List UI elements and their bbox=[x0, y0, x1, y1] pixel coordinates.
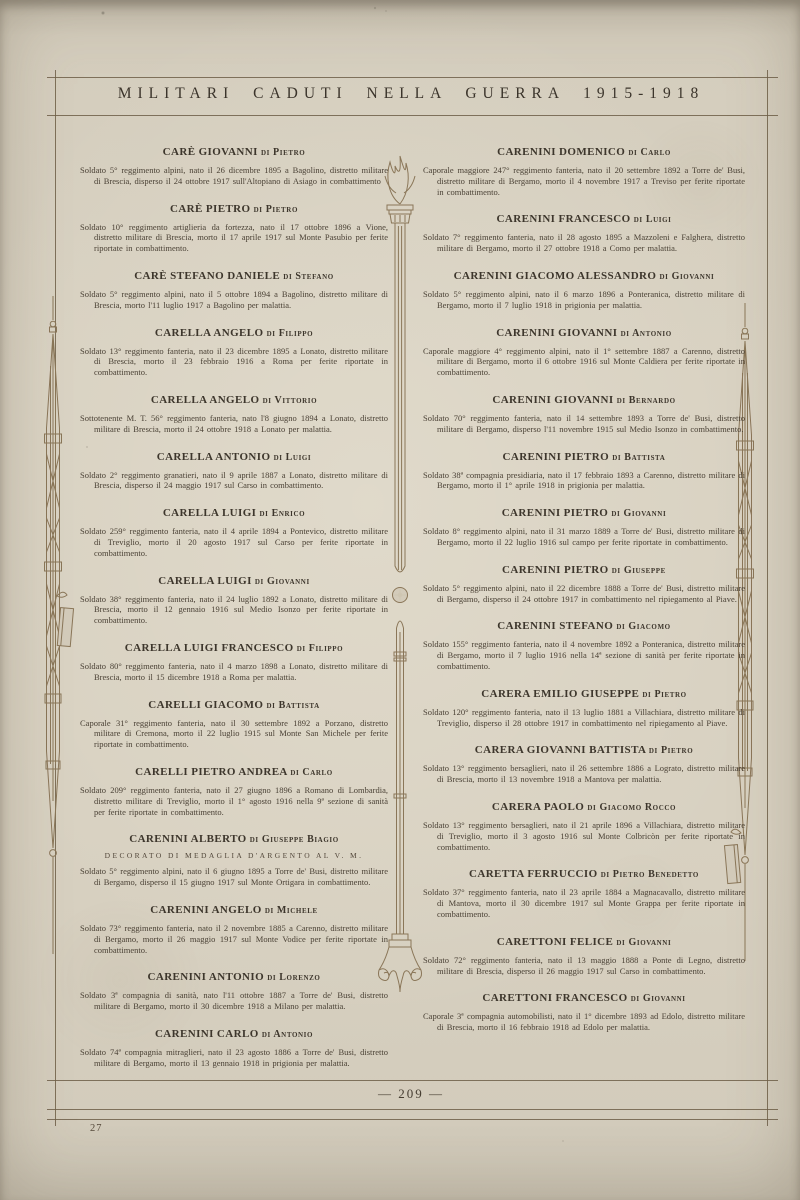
service-record: Soldato 209° reggimento fanteria, nato i… bbox=[80, 785, 388, 817]
service-record: Soldato 13° reggimento bersaglieri, nato… bbox=[423, 763, 745, 785]
patronymic: di Luigi bbox=[634, 214, 672, 225]
memorial-entry: CARENINI STEFANO di Giacomo Soldato 155°… bbox=[423, 620, 745, 671]
soldier-name: CARENINI PIETRO bbox=[502, 507, 609, 519]
soldier-name: CARELLA LUIGI bbox=[158, 575, 252, 587]
soldier-name: CARELLA ANGELO bbox=[155, 327, 264, 339]
service-record: Soldato 74ª compagnia mitraglieri, nato … bbox=[80, 1047, 388, 1069]
patronymic: di Antonio bbox=[262, 1029, 313, 1040]
patronymic: di Giovanni bbox=[660, 271, 715, 282]
patronymic: di Giovanni bbox=[631, 993, 686, 1004]
patronymic: di Giacomo Rocco bbox=[587, 802, 676, 813]
soldier-name: CARENINI GIOVANNI bbox=[496, 327, 617, 339]
soldier-name: CARELLA ANGELO bbox=[151, 394, 260, 406]
corner-sheet-number: 27 bbox=[90, 1123, 103, 1134]
frame-border-bottom bbox=[47, 1119, 778, 1120]
patronymic: di Stefano bbox=[283, 271, 334, 282]
memorial-entry: CARELLA LUIGI FRANCESCO di Filippo Solda… bbox=[80, 642, 388, 683]
memorial-entry: CARELLA ANTONIO di Luigi Soldato 2° regg… bbox=[80, 451, 388, 492]
entry-heading: CARERA PAOLO di Giacomo Rocco bbox=[423, 801, 745, 814]
entry-heading: CARENINI PIETRO di Battista bbox=[423, 451, 745, 464]
entry-heading: CARENINI PIETRO di Giuseppe bbox=[423, 564, 745, 577]
service-record: Soldato 3ª compagnia di sanità, nato l'1… bbox=[80, 990, 388, 1012]
memorial-entry: CARENINI GIOVANNI di Bernardo Soldato 70… bbox=[423, 394, 745, 435]
service-record: Soldato 38° reggimento fanteria, nato il… bbox=[80, 594, 388, 626]
service-record: Soldato 10° reggimento artiglieria da fo… bbox=[80, 222, 388, 254]
patronymic: di Filippo bbox=[297, 643, 344, 654]
memorial-entry: CARERA GIOVANNI BATTISTA di Pietro Solda… bbox=[423, 744, 745, 785]
service-record: Soldato 38ª compagnia presidiaria, nato … bbox=[423, 470, 745, 492]
patronymic: di Enrico bbox=[260, 508, 306, 519]
patronymic: di Giovanni bbox=[255, 576, 310, 587]
service-record: Soldato 5° reggimento alpini, nato il 6 … bbox=[423, 289, 745, 311]
service-record: Soldato 5° reggimento alpini, nato il 22… bbox=[423, 583, 745, 605]
service-record: Soldato 155° reggimento fanteria, nato i… bbox=[423, 639, 745, 671]
patronymic: di Carlo bbox=[628, 147, 671, 158]
title-band-rule bbox=[47, 115, 778, 116]
soldier-name: CARENINI DOMENICO bbox=[497, 146, 625, 158]
entry-heading: CARELLI GIACOMO di Battista bbox=[80, 699, 388, 712]
patronymic: di Giacomo bbox=[616, 621, 670, 632]
patronymic: di Giuseppe Biagio bbox=[250, 834, 339, 845]
entry-heading: CARENINI ANGELO di Michele bbox=[80, 904, 388, 917]
service-record: Soldato 72° reggimento fanteria, nato il… bbox=[423, 955, 745, 977]
entry-heading: CARELLA ANGELO di Filippo bbox=[80, 327, 388, 340]
soldier-name: CARELLA ANTONIO bbox=[157, 451, 271, 463]
service-record: Caporale maggiore 4° reggimento alpini, … bbox=[423, 346, 745, 378]
memorial-entry: CARELLI GIACOMO di Battista Caporale 31°… bbox=[80, 699, 388, 750]
soldier-name: CARELLA LUIGI bbox=[163, 507, 257, 519]
entry-heading: CARENINI FRANCESCO di Luigi bbox=[423, 213, 745, 226]
entry-heading: CARELLA LUIGI di Giovanni bbox=[80, 575, 388, 588]
service-record: Soldato 120° reggimento fanteria, nato i… bbox=[423, 707, 745, 729]
frame-border-top bbox=[47, 77, 778, 78]
patronymic: di Battista bbox=[267, 700, 320, 711]
patronymic: di Giovanni bbox=[616, 937, 671, 948]
medal-citation: DECORATO DI MEDAGLIA D'ARGENTO AL V. M. bbox=[80, 851, 388, 860]
entry-heading: CARELLA ANGELO di Vittorio bbox=[80, 394, 388, 407]
patronymic: di Pietro bbox=[642, 689, 686, 700]
memorial-entry: CARÈ PIETRO di Pietro Soldato 10° reggim… bbox=[80, 203, 388, 254]
soldier-name: CARENINI GIACOMO ALESSANDRO bbox=[454, 270, 657, 282]
memorial-entry: CARÈ GIOVANNI di Pietro Soldato 5° reggi… bbox=[80, 146, 388, 187]
entry-heading: CARETTONI FRANCESCO di Giovanni bbox=[423, 992, 745, 1005]
soldier-name: CARENINI PIETRO bbox=[503, 451, 610, 463]
service-record: Soldato 13° reggimento fanteria, nato il… bbox=[80, 346, 388, 378]
soldier-name: CARÈ STEFANO DANIELE bbox=[134, 270, 280, 282]
soldier-name: CARENINI STEFANO bbox=[497, 620, 613, 632]
service-record: Soldato 259° reggimento fanteria, nato i… bbox=[80, 526, 388, 558]
entry-heading: CARENINI GIOVANNI di Antonio bbox=[423, 327, 745, 340]
patronymic: di Bernardo bbox=[617, 395, 676, 406]
flame-icon bbox=[388, 156, 408, 204]
soldier-name: CARENINI PIETRO bbox=[502, 564, 609, 576]
memorial-entry: CARENINI CARLO di Antonio Soldato 74ª co… bbox=[80, 1028, 388, 1069]
memorial-entry: CARERA PAOLO di Giacomo Rocco Soldato 13… bbox=[423, 801, 745, 852]
service-record: Soldato 2° reggimento granatieri, nato i… bbox=[80, 470, 388, 492]
patronymic: di Lorenzo bbox=[267, 972, 320, 983]
entry-heading: CARETTONI FELICE di Giovanni bbox=[423, 936, 745, 949]
entry-heading: CARERA EMILIO GIUSEPPE di Pietro bbox=[423, 688, 745, 701]
memorial-entry: CARELLI PIETRO ANDREA di Carlo Soldato 2… bbox=[80, 766, 388, 817]
soldier-name: CARENINI ALBERTO bbox=[129, 833, 246, 845]
soldier-name: CARETTONI FRANCESCO bbox=[482, 992, 627, 1004]
right-column: CARENINI DOMENICO di Carlo Caporale magg… bbox=[423, 146, 745, 1049]
service-record: Soldato 73° reggimento fanteria, nato il… bbox=[80, 923, 388, 955]
entry-heading: CARENINI STEFANO di Giacomo bbox=[423, 620, 745, 633]
entry-heading: CARENINI ALBERTO di Giuseppe Biagio bbox=[80, 833, 388, 846]
memorial-entry: CARELLA ANGELO di Filippo Soldato 13° re… bbox=[80, 327, 388, 378]
memorial-entry: CARENINI PIETRO di Giuseppe Soldato 5° r… bbox=[423, 564, 745, 605]
service-record: Soldato 70° reggimento fanteria, nato il… bbox=[423, 413, 745, 435]
memorial-entry: CARELLA LUIGI di Giovanni Soldato 38° re… bbox=[80, 575, 388, 626]
memorial-entry: CARÈ STEFANO DANIELE di Stefano Soldato … bbox=[80, 270, 388, 311]
memorial-entry: CARERA EMILIO GIUSEPPE di Pietro Soldato… bbox=[423, 688, 745, 729]
service-record: Caporale 3ª compagnia automobilisti, nat… bbox=[423, 1011, 745, 1033]
memorial-entry: CARELLA LUIGI di Enrico Soldato 259° reg… bbox=[80, 507, 388, 558]
memorial-entry: CARETTONI FRANCESCO di Giovanni Caporale… bbox=[423, 992, 745, 1033]
service-record: Soldato 37° reggimento fanteria, nato il… bbox=[423, 887, 745, 919]
patronymic: di Michele bbox=[265, 905, 318, 916]
patronymic: di Pietro Benedetto bbox=[601, 869, 699, 880]
service-record: Soldato 5° reggimento alpini, nato il 5 … bbox=[80, 289, 388, 311]
soldier-name: CARELLA LUIGI FRANCESCO bbox=[125, 642, 294, 654]
patronymic: di Vittorio bbox=[263, 395, 318, 406]
frame-border-right bbox=[767, 70, 768, 1126]
service-record: Soldato 5° reggimento alpini, nato il 26… bbox=[80, 165, 388, 187]
soldier-name: CARERA GIOVANNI BATTISTA bbox=[475, 744, 646, 756]
service-record: Caporale 31° reggimento fanteria, nato i… bbox=[80, 718, 388, 750]
service-record: Soldato 8° reggimento alpini, nato il 31… bbox=[423, 526, 745, 548]
memorial-entry: CARENINI PIETRO di Giovanni Soldato 8° r… bbox=[423, 507, 745, 548]
memorial-entry: CARENINI GIACOMO ALESSANDRO di Giovanni … bbox=[423, 270, 745, 311]
patronymic: di Filippo bbox=[267, 328, 314, 339]
memorial-entry: CARENINI ANGELO di Michele Soldato 73° r… bbox=[80, 904, 388, 955]
patronymic: di Luigi bbox=[274, 452, 312, 463]
soldier-name: CARENINI ANGELO bbox=[150, 904, 261, 916]
soldier-name: CARETTA FERRUCCIO bbox=[469, 868, 598, 880]
page-title: MILITARI CADUTI NELLA GUERRA 1915-1918 bbox=[55, 85, 767, 103]
soldier-name: CARENINI GIOVANNI bbox=[492, 394, 613, 406]
left-column: CARÈ GIOVANNI di Pietro Soldato 5° reggi… bbox=[80, 146, 388, 1084]
scanned-book-page: MILITARI CADUTI NELLA GUERRA 1915-1918 bbox=[0, 0, 800, 1200]
service-record: Sottotenente M. T. 56° reggimento fanter… bbox=[80, 413, 388, 435]
patronymic: di Giuseppe bbox=[612, 565, 666, 576]
entry-heading: CARÈ STEFANO DANIELE di Stefano bbox=[80, 270, 388, 283]
frame-border-left bbox=[55, 70, 56, 1126]
soldier-name: CARENINI FRANCESCO bbox=[497, 213, 631, 225]
soldier-name: CARELLI PIETRO ANDREA bbox=[135, 766, 287, 778]
entry-heading: CARÈ GIOVANNI di Pietro bbox=[80, 146, 388, 159]
entry-heading: CARELLA LUIGI FRANCESCO di Filippo bbox=[80, 642, 388, 655]
patronymic: di Pietro bbox=[261, 147, 305, 158]
memorial-entry: CARENINI GIOVANNI di Antonio Caporale ma… bbox=[423, 327, 745, 378]
entry-heading: CARETTA FERRUCCIO di Pietro Benedetto bbox=[423, 868, 745, 881]
soldier-name: CARETTONI FELICE bbox=[497, 936, 614, 948]
memorial-entry: CARETTA FERRUCCIO di Pietro Benedetto So… bbox=[423, 868, 745, 919]
entry-heading: CARENINI DOMENICO di Carlo bbox=[423, 146, 745, 159]
entry-heading: CARENINI ANTONIO di Lorenzo bbox=[80, 971, 388, 984]
memorial-entry: CARENINI FRANCESCO di Luigi Soldato 7° r… bbox=[423, 213, 745, 254]
patronymic: di Antonio bbox=[621, 328, 672, 339]
patronymic: di Pietro bbox=[254, 204, 298, 215]
service-record: Caporale maggiore 247° reggimento fanter… bbox=[423, 165, 745, 197]
soldier-name: CARENINI ANTONIO bbox=[148, 971, 265, 983]
page-number: — 209 — bbox=[55, 1086, 767, 1102]
soldier-name: CARÈ GIOVANNI bbox=[163, 146, 258, 158]
patronymic: di Giovanni bbox=[611, 508, 666, 519]
memorial-entry: CARENINI DOMENICO di Carlo Caporale magg… bbox=[423, 146, 745, 197]
soldier-name: CARELLI GIACOMO bbox=[148, 699, 263, 711]
entry-heading: CARENINI GIACOMO ALESSANDRO di Giovanni bbox=[423, 270, 745, 283]
entry-heading: CARELLA ANTONIO di Luigi bbox=[80, 451, 388, 464]
service-record: Soldato 7° reggimento fanteria, nato il … bbox=[423, 232, 745, 254]
memorial-entry: CARETTONI FELICE di Giovanni Soldato 72°… bbox=[423, 936, 745, 977]
memorial-entry: CARELLA ANGELO di Vittorio Sottotenente … bbox=[80, 394, 388, 435]
patronymic: di Battista bbox=[612, 452, 665, 463]
soldier-name: CARENINI CARLO bbox=[155, 1028, 259, 1040]
service-record: Soldato 80° reggimento fanteria, nato il… bbox=[80, 661, 388, 683]
service-record: Soldato 13° reggimento bersaglieri, nato… bbox=[423, 820, 745, 852]
memorial-entry: CARENINI ALBERTO di Giuseppe Biagio DECO… bbox=[80, 833, 388, 888]
entry-heading: CARELLI PIETRO ANDREA di Carlo bbox=[80, 766, 388, 779]
soldier-name: CARERA EMILIO GIUSEPPE bbox=[481, 688, 639, 700]
soldier-name: CARÈ PIETRO bbox=[170, 203, 251, 215]
entry-heading: CARENINI GIOVANNI di Bernardo bbox=[423, 394, 745, 407]
entry-heading: CARENINI CARLO di Antonio bbox=[80, 1028, 388, 1041]
entry-heading: CARELLA LUIGI di Enrico bbox=[80, 507, 388, 520]
entry-heading: CARÈ PIETRO di Pietro bbox=[80, 203, 388, 216]
rosette-icon bbox=[393, 588, 408, 603]
patronymic: di Pietro bbox=[649, 745, 693, 756]
footer-band-rule-bottom bbox=[47, 1109, 778, 1110]
soldier-name: CARERA PAOLO bbox=[492, 801, 584, 813]
left-fasces-icon bbox=[31, 296, 75, 956]
service-record: Soldato 5° reggimento alpini, nato il 6 … bbox=[80, 866, 388, 888]
patronymic: di Carlo bbox=[290, 767, 333, 778]
memorial-entry: CARENINI ANTONIO di Lorenzo Soldato 3ª c… bbox=[80, 971, 388, 1012]
entry-heading: CARENINI PIETRO di Giovanni bbox=[423, 507, 745, 520]
memorial-entry: CARENINI PIETRO di Battista Soldato 38ª … bbox=[423, 451, 745, 492]
entry-heading: CARERA GIOVANNI BATTISTA di Pietro bbox=[423, 744, 745, 757]
